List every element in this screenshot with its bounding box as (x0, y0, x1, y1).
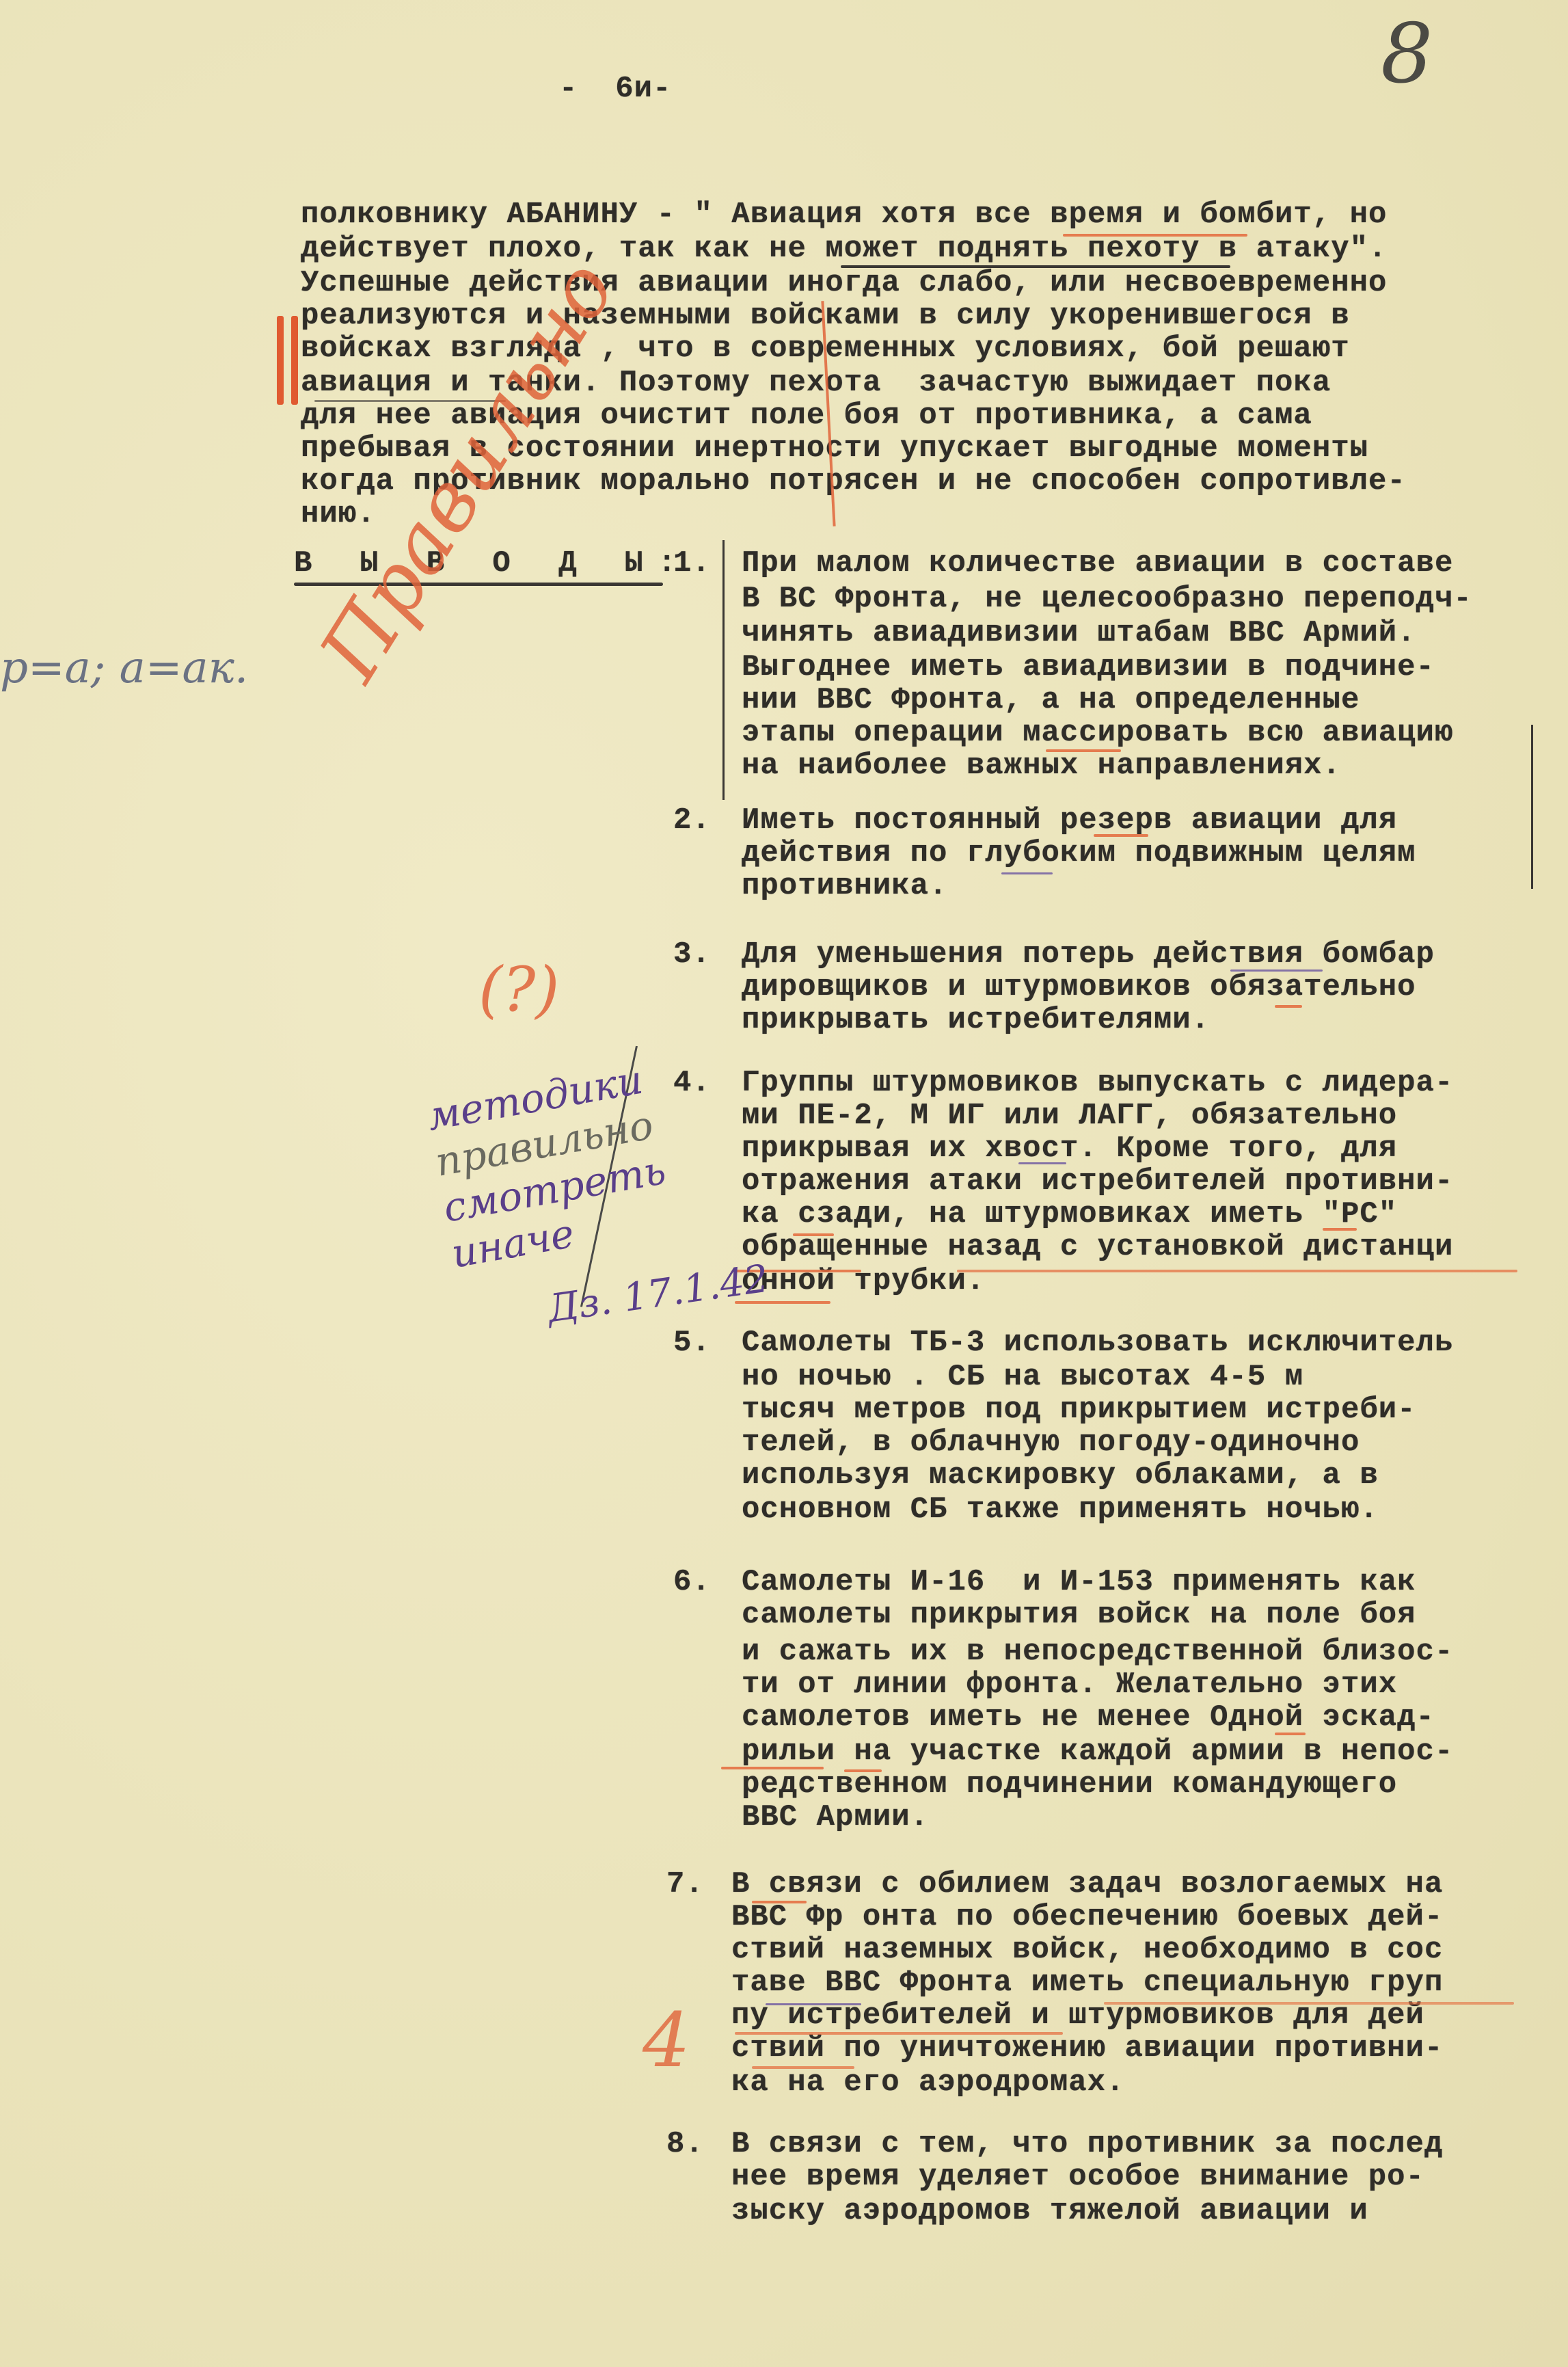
item-line: ствий по уничтожению авиации противни- (731, 2032, 1443, 2065)
item-line: Самолеты И-16 и И-153 применять как (742, 1566, 1416, 1599)
red-underline (1275, 1733, 1306, 1735)
item-line: ка на его аэродромах. (731, 2066, 1125, 2099)
item-line: ВВС Фр онта по обеспечению боевых дей- (731, 1901, 1443, 1934)
red-question-mark: (?) (478, 954, 559, 1026)
item-number: 8. (666, 2128, 704, 2161)
intro-line: действует плохо, так как не может поднят… (301, 232, 1387, 265)
item-line: зыску аэродромов тяжелой авиации и (731, 2195, 1368, 2228)
item-line: дировщиков и штурмовиков обязательно (742, 971, 1416, 1004)
red-underline (1063, 234, 1247, 237)
pencil-margin-note: р=а; а=ак. (0, 643, 248, 693)
item-line: ка сзади, на штурмовиках иметь "РС" (742, 1198, 1397, 1231)
red-underline (1323, 1228, 1357, 1231)
item-number: 6. (673, 1566, 711, 1599)
item-line: Группы штурмовиков выпускать с лидера- (742, 1067, 1453, 1099)
item-number: 3. (673, 938, 711, 971)
item-line: нее время уделяет особое внимание ро- (731, 2161, 1424, 2193)
page-header-number: - 6и- (559, 72, 671, 105)
item-number: 1. (673, 547, 711, 580)
item-line: обращенные назад с установкой дистанци (742, 1231, 1453, 1263)
margin-double-bar (277, 316, 284, 405)
violet-underline (1018, 1162, 1066, 1164)
red-underline (1104, 2002, 1514, 2005)
red-underline (752, 2066, 854, 2069)
item-line: В связи с обилием задач возлогаемых на (731, 1868, 1443, 1901)
violet-underline (1230, 969, 1323, 972)
item-number: 2. (673, 804, 711, 837)
item-line: прикрывать истребителями. (742, 1004, 1210, 1037)
item-line: этапы операции массировать всю авиацию (742, 717, 1453, 749)
item-line: В связи с тем, что противник за послед (731, 2128, 1443, 2161)
item-line: противника. (742, 870, 947, 902)
item-number: 5. (673, 1326, 711, 1359)
item-line: тысяч метров под прикрытием истреби- (742, 1393, 1416, 1426)
item-line: телей, в облачную погоду-одиночно (742, 1426, 1360, 1459)
item-line: используя маскировку облаками, а в (742, 1459, 1379, 1492)
item-line: Для уменьшения потерь действия бомбар (742, 938, 1435, 971)
item-line: самолеты прикрытия войск на поле боя (742, 1599, 1416, 1631)
margin-bracket-line-right (1531, 725, 1533, 889)
item-line: и сажать их в непосредственной близос- (742, 1635, 1453, 1668)
item-number: 4. (673, 1067, 711, 1099)
red-underline (1046, 749, 1121, 752)
item-line: но ночью . СБ на высотах 4-5 м (742, 1361, 1303, 1393)
item-line: Иметь постоянный резерв авиации для (742, 804, 1397, 837)
item-line: ВВС Армии. (742, 1801, 929, 1834)
red-underline (1094, 834, 1148, 837)
red-underline (793, 1233, 834, 1236)
violet-signature-date: Дз. 17.1.42 (545, 1257, 771, 1332)
item-line: отражения атаки истребителей противни- (742, 1165, 1453, 1198)
item-line: таве ВВС Фронта иметь специальную груп (731, 1966, 1443, 1999)
typed-underline (841, 265, 1230, 268)
item-line: самолетов иметь не менее Одной эскад- (742, 1701, 1435, 1734)
item-line: При малом количестве авиации в составе (742, 547, 1453, 580)
item-line: на наиболее важных направлениях. (742, 749, 1341, 782)
handwritten-sheet-number: 8 (1381, 7, 1433, 102)
item-line: прикрывая их хвост. Кроме того, для (742, 1132, 1397, 1165)
intro-line: нию. (301, 498, 376, 531)
margin-double-bar (291, 316, 298, 405)
intro-line: полковнику АБАНИНУ - " Авиация хотя все … (301, 198, 1387, 231)
violet-underline (1001, 872, 1053, 874)
red-underline (957, 1270, 1517, 1272)
intro-line: Успешные действия авиации иногда слабо, … (301, 267, 1387, 299)
red-mark-item-7: 4 (643, 1996, 690, 2084)
margin-bracket-line (722, 540, 725, 800)
violet-margin-note: методики правильно смотреть иначе (424, 1055, 677, 1277)
item-line: ствий наземных войск, необходимо в сос (731, 1934, 1443, 1966)
item-line: Самолеты ТБ-3 использовать исключитель (742, 1326, 1453, 1359)
red-underline (1275, 1005, 1302, 1008)
item-number: 7. (666, 1868, 704, 1901)
item-line: действия по глубоким подвижным целям (742, 837, 1416, 870)
item-line: В ВС Фронта, не целесообразно переподч- (742, 583, 1472, 615)
item-line: ти от линии фронта. Желательно этих (742, 1668, 1397, 1701)
item-line: рильи на участке каждой армии в непос- (742, 1735, 1453, 1768)
item-line: Выгоднее иметь авиадивизии в подчине- (742, 651, 1435, 684)
item-line: редственном подчинении командующего (742, 1768, 1397, 1801)
red-underline (721, 1767, 824, 1769)
intro-line: авиация и танки. Поэтому пехота зачастую… (301, 366, 1331, 399)
item-line: нии ВВС Фронта, а на определенные (742, 684, 1360, 717)
violet-underline (766, 2003, 861, 2005)
red-underline (752, 1901, 807, 1903)
item-line: чинять авиадивизии штабам ВВС Армий. (742, 617, 1416, 650)
item-line: основном СБ также применять ночью. (742, 1493, 1379, 1526)
item-line: ми ПЕ-2, М ИГ или ЛАГГ, обязательно (742, 1099, 1397, 1132)
red-underline (735, 2032, 1063, 2035)
red-underline (844, 1769, 882, 1772)
